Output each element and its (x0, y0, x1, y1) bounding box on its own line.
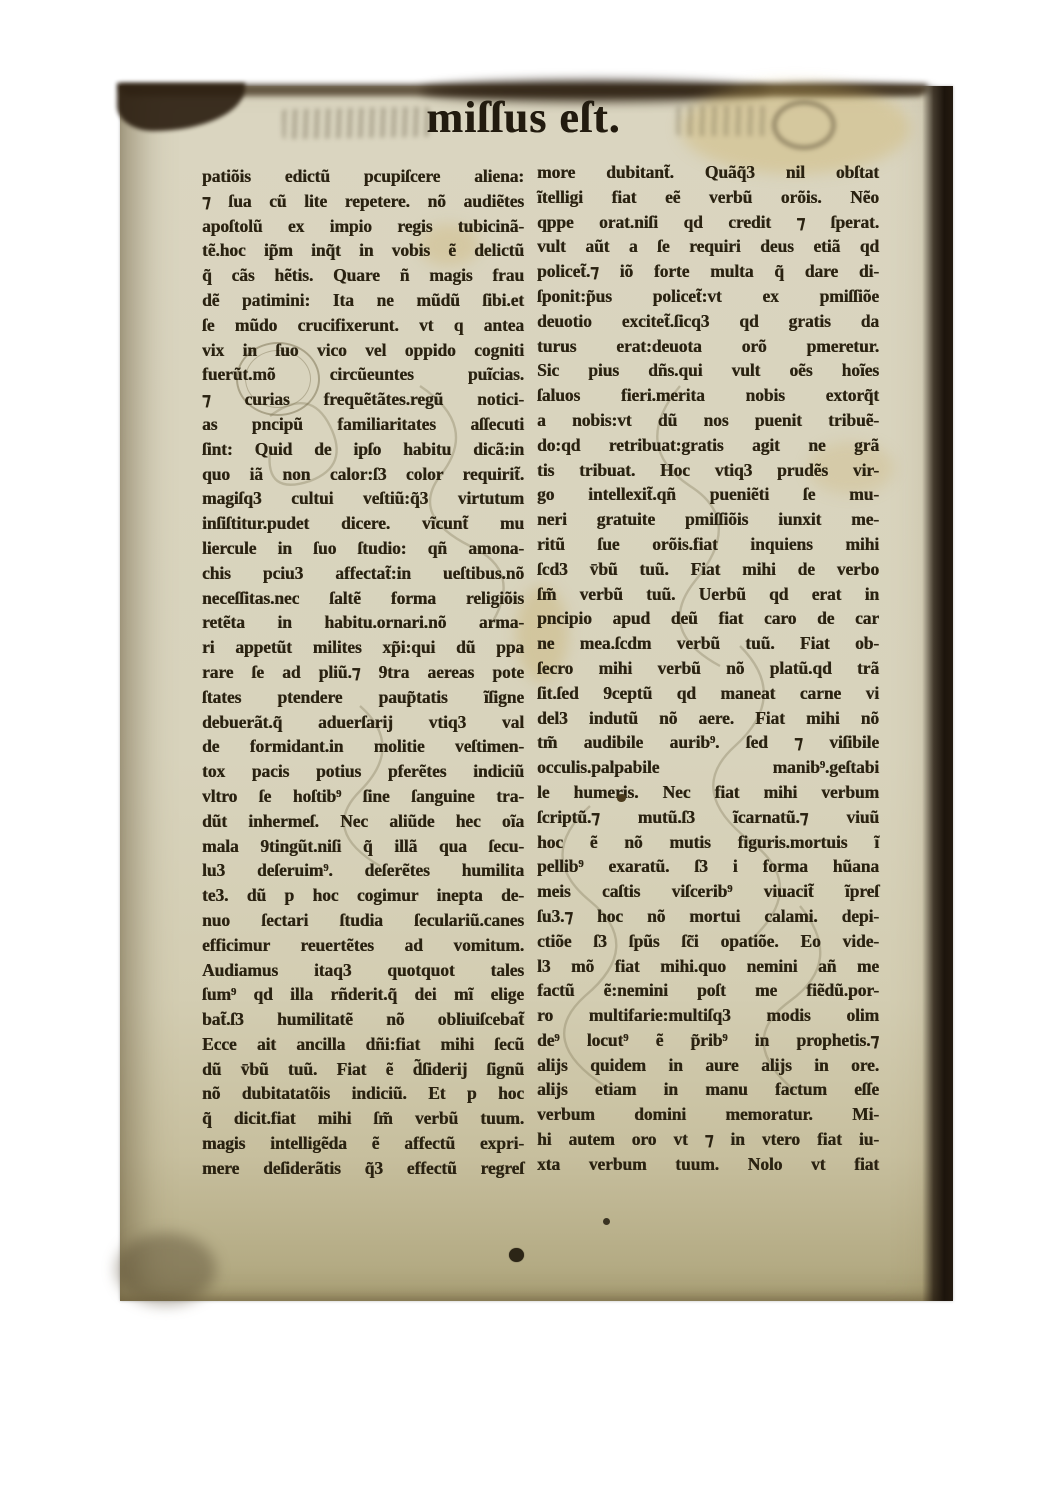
text-line: dẽ patimini: Ita ne mũdũ ſibi.et (202, 288, 524, 313)
text-line: magis intelligẽda ẽ affectũ expri- (202, 1131, 524, 1156)
text-line: lu3 deſeruim⁹. deſerẽtes humilita (202, 858, 524, 883)
text-line: ne mea.ſcdm verbũ tuũ. Fiat ob- (537, 631, 879, 656)
text-line: meis caſtis viſcerib⁹ viuacit̃ ĩpreſ (537, 879, 879, 904)
text-line: as pncipũ familiaritates aſſecuti (202, 412, 524, 437)
text-line: qppe orat.niſi qd credit ⁊ ſperat. (537, 210, 879, 235)
text-line: apoſtolũ ex impio regis tubicinã- (202, 214, 524, 239)
text-line: deuotio excitet̃.ſicq3 qd gratis da (537, 309, 879, 334)
text-line: Audiamus itaq3 quotquot tales (202, 958, 524, 983)
text-column-left: patiõis edictũ pcupiſcere aliena:⁊ ſua c… (202, 164, 524, 1181)
text-line: alijs etiam in manu factum eſſe (537, 1077, 879, 1102)
text-line: ſcriptũ.⁊ mutũ.ſ3 ĩcarnatũ.⁊ viuũ (537, 805, 879, 830)
text-line: nõ dubitatatõis indiciũ. Et p hoc (202, 1081, 524, 1106)
text-line: factũ ẽ:nemini poſt me fiẽdũ.por- (537, 978, 879, 1003)
text-line: tm̃ audibile aurib⁹. ſed ⁊ viſibile (537, 730, 879, 755)
running-header: miſſus eſt. (120, 92, 927, 143)
text-line: go intellexit̃.qñ pueniẽti ſe mu- (537, 482, 879, 507)
text-line: patiõis edictũ pcupiſcere aliena: (202, 164, 524, 189)
text-line: vix in ſuo vico vel oppido cogniti (202, 338, 524, 363)
text-line: ſum⁹ qd illa rñderit.q̃ dei mĩ elige (202, 982, 524, 1007)
text-line: efficimur reuertẽtes ad vomitum. (202, 933, 524, 958)
text-line: de formidant.in molitie veſtimen- (202, 734, 524, 759)
text-line: l3 mõ fiat mihi.quo nemini añ me (537, 954, 879, 979)
text-line: alijs quidem in aure alijs in ore. (537, 1053, 879, 1078)
text-line: policet̃.⁊ iõ forte multa q̃ dare di- (537, 259, 879, 284)
text-line: occulis.palpabile manib⁹.geſtabi (537, 755, 879, 780)
text-line: ſm̃ verbũ tuũ. Uerbũ qd erat in (537, 582, 879, 607)
text-line: neceſſitas.nec ſaltẽ forma religiõis (202, 586, 524, 611)
text-line: bat̃.ſ3 humilitatẽ nõ obliuiſcebat̃ (202, 1007, 524, 1032)
text-line: dũ v̄bũ tuũ. Fiat ẽ d̃ſiderij ſignũ (202, 1057, 524, 1082)
text-line: neri gratuite pmiſſiõis iunxit me- (537, 507, 879, 532)
text-line: pncipio apud deũ fiat caro de car (537, 606, 879, 631)
text-line: ctiõe ſ3 ſpũs ſc̃i opatiõe. Eo vide- (537, 929, 879, 954)
text-line: ſe mũdo crucifixerunt. vt q antea (202, 313, 524, 338)
text-line: ſponit:p̃us policet̃:vt ex pmiſſiõe (537, 284, 879, 309)
text-line: ſcd3 v̄bũ tuũ. Fiat mihi de verbo (537, 557, 879, 582)
text-line: de⁹ locut⁹ ẽ p̃rib⁹ in prophetis.⁊ (537, 1028, 879, 1053)
text-line: mere deſiderãtis q̃3 effectũ regreſ (202, 1156, 524, 1181)
text-line: ⁊ curias frequẽtãtes.regũ notici- (202, 387, 524, 412)
text-line: dũt inhermeſ. Nec aliũde hec oĩa (202, 809, 524, 834)
text-line: ſu3.⁊ hoc nõ mortui calami. depi- (537, 904, 879, 929)
text-line: ri appetũt milites xp̃i:qui dũ ppa (202, 635, 524, 660)
text-line: Ecce ait ancilla dñi:fiat mihi ſecũ (202, 1032, 524, 1057)
text-line: ſtates ptendere paup̃tatis ĩſigne (202, 685, 524, 710)
text-line: q̃ cãs hẽtis. Quare ñ magis frau (202, 263, 524, 288)
text-line: mala 9tingũt.niſi q̃ illã qua ſecu- (202, 834, 524, 859)
text-line: ro multifarie:multiſq3 modis olim (537, 1003, 879, 1028)
page-edge-right (922, 86, 953, 1301)
ink-fleck (617, 794, 626, 802)
text-line: tẽ.hoc ip̃m inq̃t in vobis ẽ delictũ (202, 238, 524, 263)
text-line: debuerãt.q̃ aduerſarij vtiq3 val (202, 710, 524, 735)
text-line: ⁊ ſua cũ lite repetere. nõ audiẽtes (202, 189, 524, 214)
scanned-page: miſſus eſt. patiõis edictũ pcupiſcere al… (120, 86, 953, 1301)
text-line: inſiſtitur.pudet dicere. vĩcunt̃ mu (202, 511, 524, 536)
text-line: fuerũt.mõ circũeuntes puĩcias. (202, 362, 524, 387)
text-line: chis pciu3 affectat̃:in ueſtibus.nõ (202, 561, 524, 586)
text-line: q̃ dicit.fiat mihi ſm̃ verbũ tuum. (202, 1106, 524, 1131)
ink-dot-large (509, 1248, 524, 1262)
text-line: hi autem oro vt ⁊ in vtero fiat iu- (537, 1127, 879, 1152)
text-line: vltro ſe hoſtib⁹ ſine ſanguine tra- (202, 784, 524, 809)
text-line: vult aũt a ſe requiri deus etiã qd (537, 234, 879, 259)
text-line: liercule in ſuo ſtudio: qñ amona- (202, 536, 524, 561)
text-line: ſint: Quid de ipſo habitu dicã:in (202, 437, 524, 462)
text-line: tis tribuat. Hoc vtiq3 prudẽs vir- (537, 458, 879, 483)
text-line: ſecro mihi verbũ nõ platũ.qd trã (537, 656, 879, 681)
text-line: Sic pius dñs.qui vult oẽs hoĩes (537, 358, 879, 383)
text-line: verbum domini memoratur. Mi- (537, 1102, 879, 1127)
text-line: magiſq3 cultui veſtiũ:q̃3 virtutum (202, 486, 524, 511)
text-line: more dubitant̃. Quãq̃3 nil obſtat (537, 160, 879, 185)
text-line: a nobis:vt dũ nos puenit tribuẽ- (537, 408, 879, 433)
text-line: quo iã non calor:ſ3 color requirit̃. (202, 462, 524, 487)
scan-canvas: { "document": { "running_header": "miſſu… (0, 0, 1060, 1500)
text-line: rare ſe ad pliũ.⁊ 9tra aereas pote (202, 660, 524, 685)
text-line: hoc ẽ nõ mutis figuris.mortuis ĩ (537, 830, 879, 855)
ink-dot-small (603, 1218, 610, 1225)
text-line: le humeris. Nec fiat mihi verbum (537, 780, 879, 805)
text-line: ſit.ſed 9ceptũ qd maneat carne vi (537, 681, 879, 706)
text-line: tox pacis potius pferẽtes indiciũ (202, 759, 524, 784)
text-column-right: more dubitant̃. Quãq̃3 nil obſtatĩtellig… (537, 160, 879, 1177)
text-line: nuo ſectari ſtudia ſeculariũ.canes (202, 908, 524, 933)
text-line: pellib⁹ exaratũ. ſ3 i forma hũana (537, 854, 879, 879)
text-line: do:qd retribuat:gratis agit ne grã (537, 433, 879, 458)
text-line: retẽta in habitu.ornari.nõ arma- (202, 610, 524, 635)
text-line: xta verbum tuum. Nolo vt fiat (537, 1152, 879, 1177)
text-line: ſaluos fieri.merita nobis extorq̃t (537, 383, 879, 408)
text-line: del3 indutũ nõ aere. Fiat mihi nõ (537, 706, 879, 731)
paper-corner-smudge (116, 1233, 216, 1305)
text-line: turus erat:deuota orõ pmeretur. (537, 334, 879, 359)
text-line: te3. dũ p hoc cogimur inepta de- (202, 883, 524, 908)
text-line: ritũ ſue orõis.fiat inquiens mihi (537, 532, 879, 557)
text-line: ĩtelligi fiat eẽ verbũ orõis. Nẽo (537, 185, 879, 210)
